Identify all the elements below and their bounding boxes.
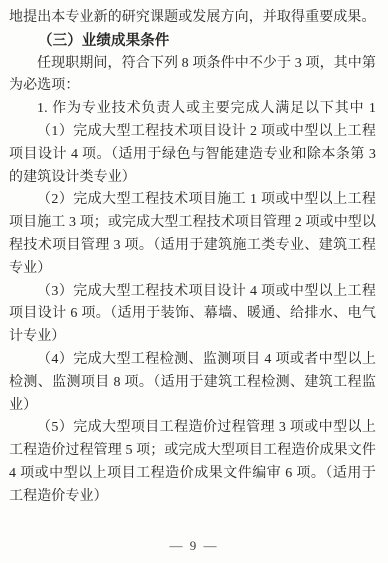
- doc-line: （3）完成大型工程技术项目设计 4 项或中型以上工程技术: [9, 281, 376, 304]
- doc-line: 的建筑设计类专业）: [9, 167, 376, 190]
- doc-line: 程技术项目管理 3 项。（适用于建筑施工类专业、建筑工程管理: [9, 235, 376, 258]
- doc-line: 业）: [9, 395, 376, 418]
- doc-line: 专业）: [9, 258, 376, 281]
- doc-line: （2）完成大型工程技术项目施工 1 项或中型以上工程技术: [9, 189, 376, 212]
- doc-line: （1）完成大型工程技术项目设计 2 项或中型以上工程技术: [9, 121, 376, 144]
- section-heading: （三）业绩成果条件: [9, 30, 376, 53]
- doc-line: 项目设计 6 项。（适用于装饰、幕墙、暖通、给排水、电气类设: [9, 303, 376, 326]
- doc-line: 计专业）: [9, 326, 376, 349]
- doc-line: 检测、监测项目 8 项。（适用于建筑工程检测、建筑工程监测专: [9, 372, 376, 395]
- doc-line: （4）完成大型工程检测、监测项目 4 项或者中型以上工程: [9, 349, 376, 372]
- doc-line: 为必选项：: [9, 75, 376, 98]
- doc-line: 1. 作为专业技术负责人或主要完成人满足以下其中 1 条：: [9, 98, 376, 121]
- doc-line: 4 项或中型以上项目工程造价成果文件编审 6 项。（适用于建筑: [9, 463, 376, 486]
- doc-line: 地提出本专业新的研究课题或发展方向，并取得重要成果。: [9, 7, 376, 30]
- doc-line: 项目设计 4 项。（适用于绿色与智能建造专业和除本条第 3 点外: [9, 144, 376, 167]
- doc-line: 任现职期间，符合下列 8 项条件中不少于 3 项，其中第 1 项: [9, 53, 376, 76]
- doc-line: 项目施工 3 项；或完成大型工程技术项目管理 2 项或中型以上工: [9, 212, 376, 235]
- document-page: 地提出本专业新的研究课题或发展方向，并取得重要成果。 （三）业绩成果条件 任现职…: [0, 0, 388, 563]
- doc-line: （5）完成大型项目工程造价过程管理 3 项或中型以上项目: [9, 417, 376, 440]
- doc-line: 工程造价专业）: [9, 486, 376, 509]
- page-number: — 9 —: [0, 538, 388, 554]
- doc-line: 工程造价过程管理 5 项；或完成大型项目工程造价成果文件编审: [9, 440, 376, 463]
